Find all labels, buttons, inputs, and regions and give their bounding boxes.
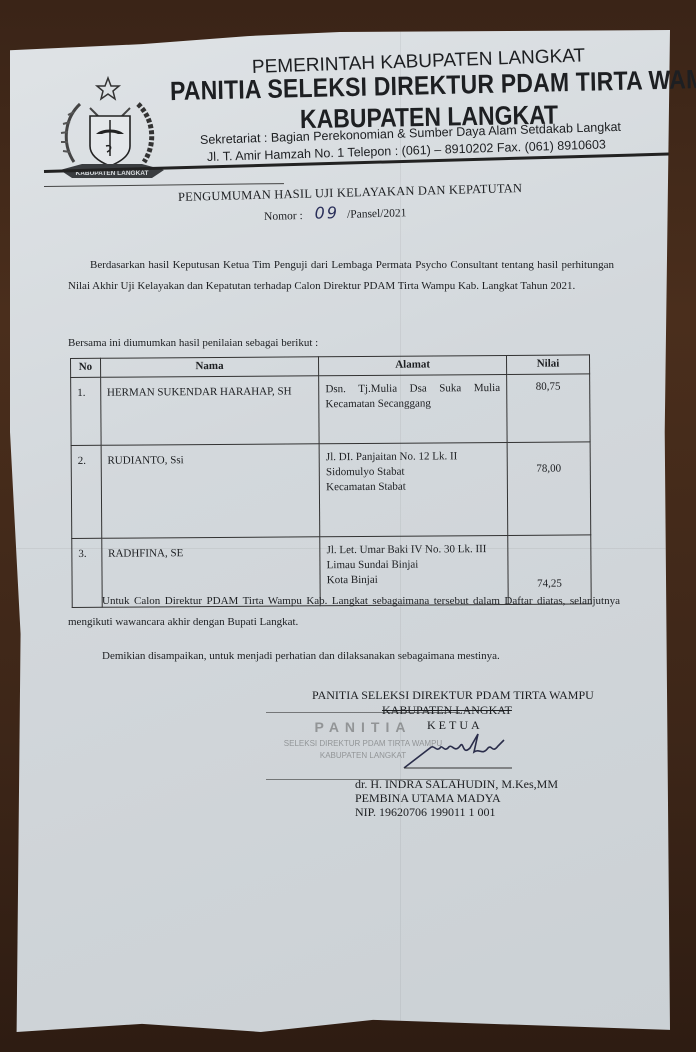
header-nama: Nama xyxy=(100,357,319,378)
address-line: Kecamatan Secanggang xyxy=(325,396,500,412)
header-alamat: Alamat xyxy=(319,355,507,375)
results-table: No Nama Alamat Nilai 1. HERMAN SUKENDAR … xyxy=(70,354,592,608)
cell-nilai: 80,75 xyxy=(507,374,591,443)
address-line: Kota Binjai xyxy=(327,572,502,588)
address-line: Limau Sundai Binjai xyxy=(327,557,502,573)
address-line: Kecamatan Stabat xyxy=(326,479,501,495)
header-no: No xyxy=(71,358,101,377)
address-line: Jl. DI. Panjaitan No. 12 Lk. II xyxy=(326,449,501,465)
cell-nama: HERMAN SUKENDAR HARAHAP, SH xyxy=(100,376,319,446)
followup-paragraph: Untuk Calon Direktur PDAM Tirta Wampu Ka… xyxy=(68,591,620,633)
number-suffix: /Pansel/2021 xyxy=(347,207,407,221)
handwritten-signature-icon xyxy=(400,730,520,770)
header-nilai: Nilai xyxy=(506,355,589,375)
signature-organization: PANITIA SELEKSI DIREKTUR PDAM TIRTA WAMP… xyxy=(312,688,594,703)
address-line: Dsn. Tj.Mulia Dsa Suka Mulia xyxy=(325,381,500,397)
table-row: 2. RUDIANTO, Ssi Jl. DI. Panjaitan No. 1… xyxy=(71,442,591,539)
signatory-name: dr. H. INDRA SALAHUDIN, M.Kes,MM xyxy=(355,777,558,792)
signatory-rank: PEMBINA UTAMA MADYA xyxy=(355,791,501,806)
letterhead-committee: PANITIA SELEKSI DIREKTUR PDAM TIRTA WAMP… xyxy=(170,63,696,107)
announcement-number: Nomor :09/Pansel/2021 xyxy=(264,201,407,224)
number-label: Nomor : xyxy=(264,210,303,223)
cell-no: 2. xyxy=(71,445,101,538)
address-line: Sidomulyo Stabat xyxy=(326,464,501,480)
closing-paragraph: Demikian disampaikan, untuk menjadi perh… xyxy=(68,646,628,667)
table-row: 1. HERMAN SUKENDAR HARAHAP, SH Dsn. Tj.M… xyxy=(71,374,590,446)
document-content: KABUPATEN LANGKAT PEMERINTAH KABUPATEN L… xyxy=(0,0,696,1052)
number-handwritten: 09 xyxy=(314,203,339,223)
cell-nilai: 78,00 xyxy=(507,442,591,536)
cell-no: 1. xyxy=(71,377,101,445)
cell-alamat: Jl. DI. Panjaitan No. 12 Lk. II Sidomuly… xyxy=(319,442,507,536)
signatory-nip: NIP. 19620706 199011 1 001 xyxy=(355,805,496,820)
cell-alamat: Dsn. Tj.Mulia Dsa Suka Mulia Kecamatan S… xyxy=(319,374,507,443)
regency-rest: LANGKAT xyxy=(452,703,512,717)
address-line: Jl. Let. Umar Baki IV No. 30 Lk. III xyxy=(327,542,502,558)
cell-nama: RUDIANTO, Ssi xyxy=(101,444,320,539)
intro-paragraph: Berdasarkan hasil Keputusan Ketua Tim Pe… xyxy=(68,255,614,297)
results-intro: Bersama ini diumumkan hasil penilaian se… xyxy=(68,333,608,354)
